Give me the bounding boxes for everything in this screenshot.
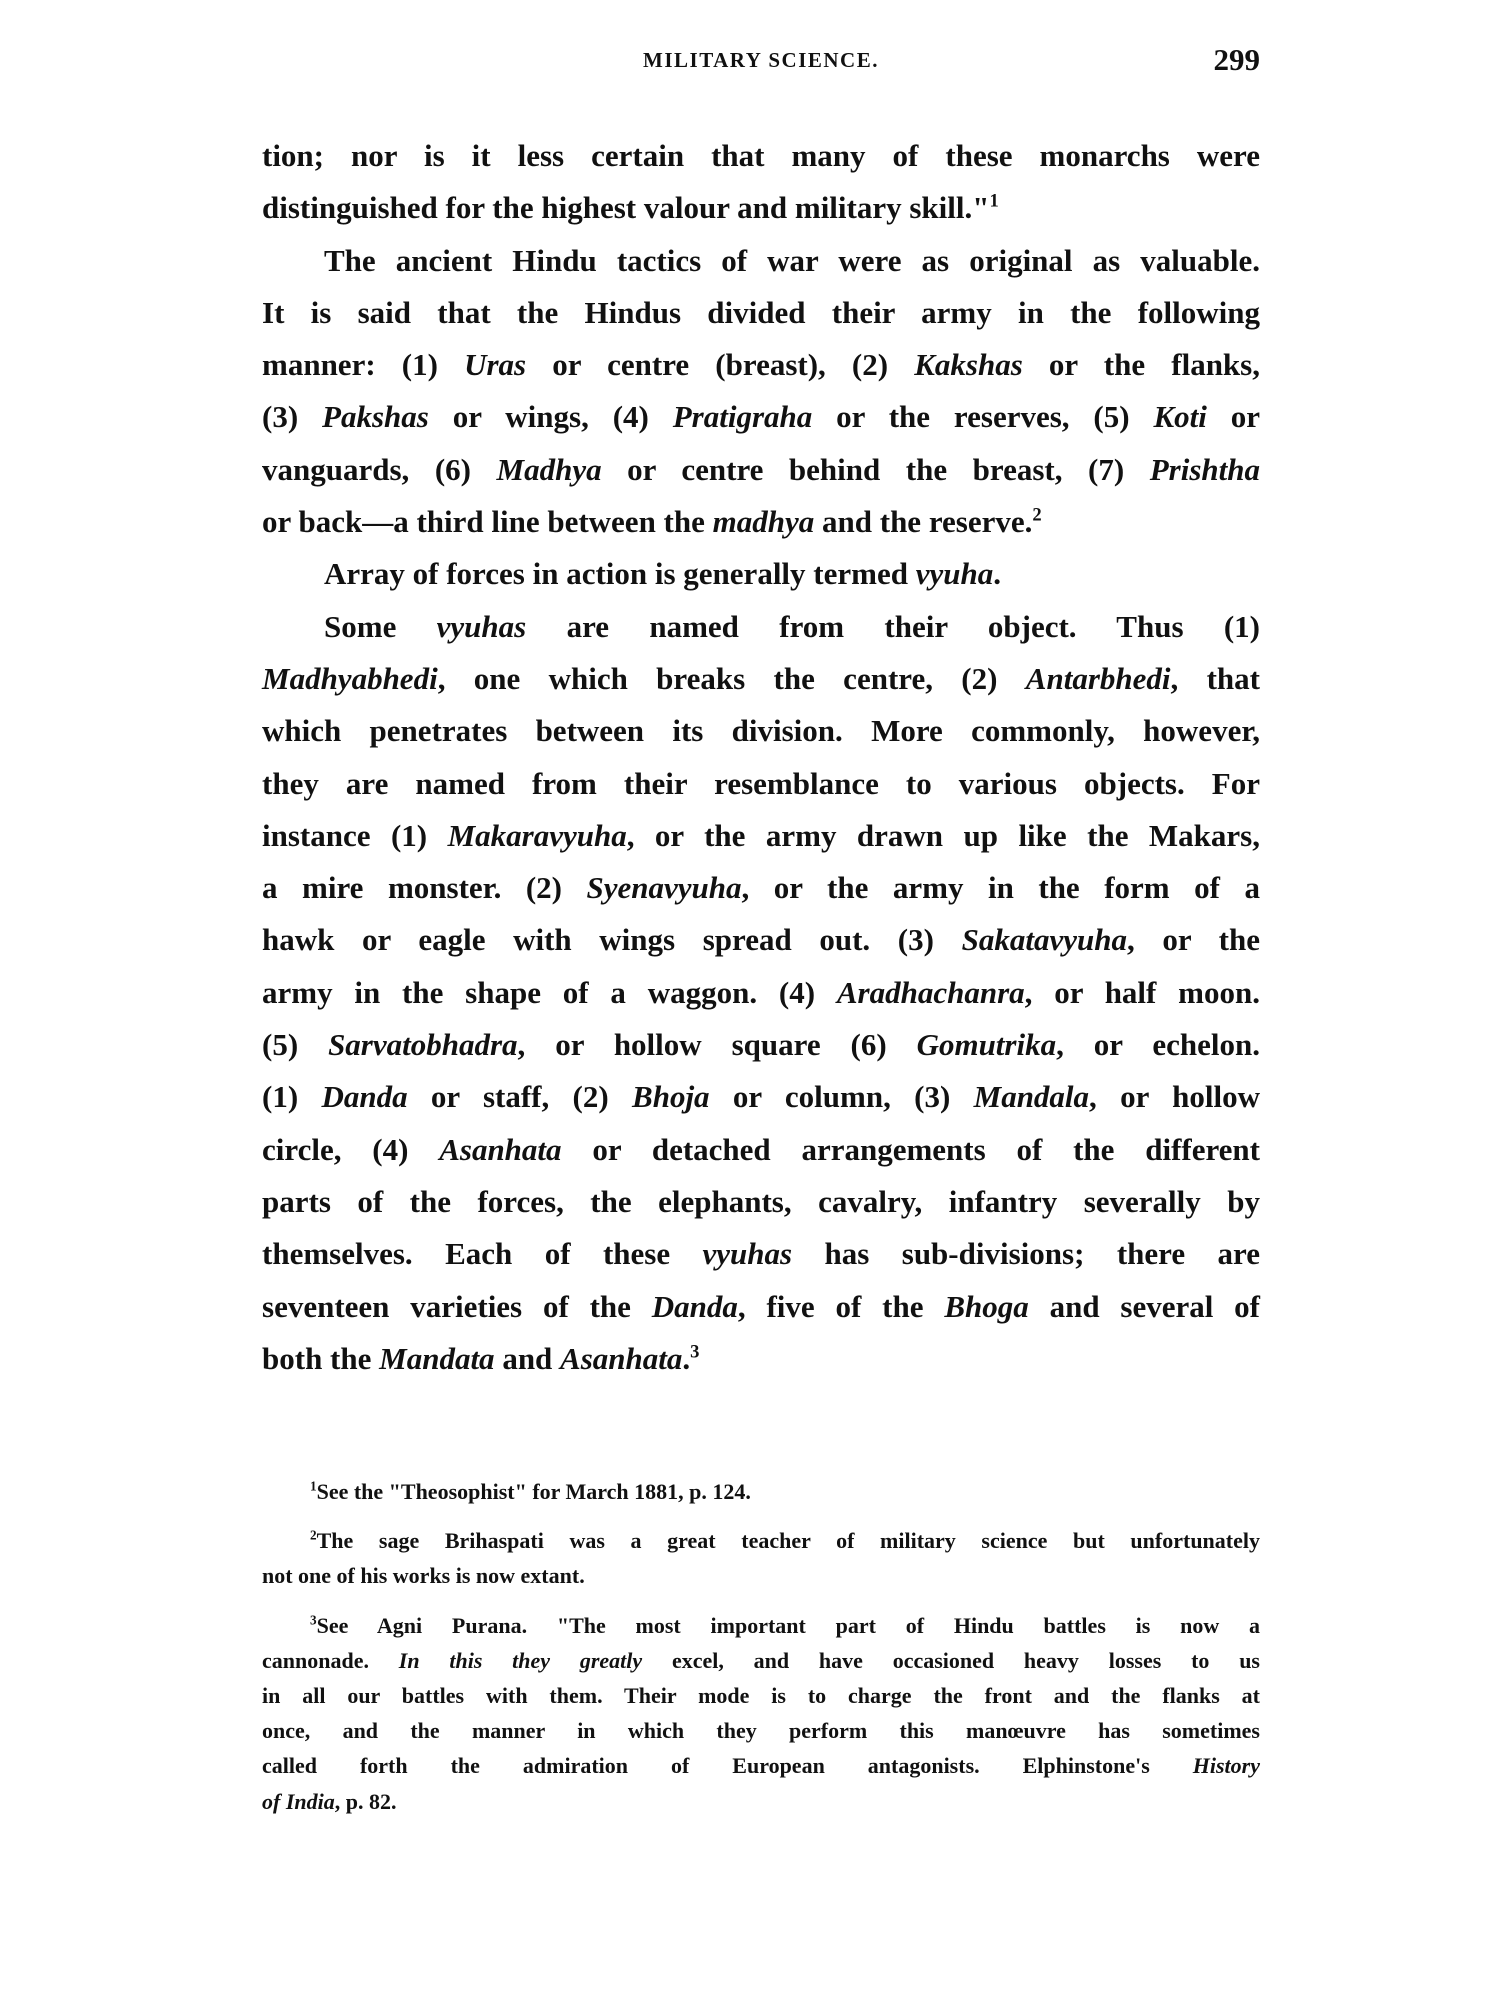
footnote-line: once, and the manner in which they perfo… [262, 1713, 1260, 1748]
text-run: which penetrates between its division. M… [262, 713, 1260, 748]
text-run: manner: (1) [262, 347, 464, 382]
text-run: . [993, 556, 1001, 591]
italic-term: Sakatavyuha [962, 922, 1127, 957]
text-run: excel, and have occasioned heavy losses … [642, 1648, 1260, 1673]
text-run: both the [262, 1341, 379, 1376]
text-run: , or echelon. [1056, 1027, 1260, 1062]
text-run: or wings, (4) [429, 399, 673, 434]
text-run: a mire monster. (2) [262, 870, 587, 905]
running-head: MILITARY SCIENCE. 299 [262, 42, 1260, 82]
italic-term: Koti [1153, 399, 1206, 434]
text-run: The ancient Hindu tactics of war were as… [324, 243, 1260, 278]
text-run: cannonade. [262, 1648, 399, 1673]
text-run: It is said that the Hindus divided their… [262, 295, 1260, 330]
text-line: they are named from their resemblance to… [262, 758, 1260, 810]
text-line: themselves. Each of these vyuhas has sub… [262, 1228, 1260, 1280]
body-text: tion; nor is it less certain that many o… [262, 130, 1260, 1385]
text-run: or detached arrangements of the differen… [562, 1132, 1260, 1167]
text-run: or centre behind the breast, (7) [602, 452, 1150, 487]
text-run: or [1207, 399, 1260, 434]
running-title: MILITARY SCIENCE. [262, 48, 1260, 73]
text-run: army in the shape of a waggon. (4) [262, 975, 837, 1010]
italic-term: Madhya [497, 452, 602, 487]
text-line: tion; nor is it less certain that many o… [262, 130, 1260, 182]
italic-term: vyuha [916, 556, 994, 591]
italic-term: Aradhachanra [837, 975, 1025, 1010]
text-line: army in the shape of a waggon. (4) Aradh… [262, 967, 1260, 1019]
footnote-line: of India, p. 82. [262, 1784, 1260, 1819]
italic-term: Kakshas [914, 347, 1023, 382]
text-line: both the Mandata and Asanhata.3 [262, 1333, 1260, 1385]
italic-term: Asanhata [560, 1341, 682, 1376]
footnote-reference: 2 [310, 1528, 317, 1543]
text-line: vanguards, (6) Madhya or centre behind t… [262, 444, 1260, 496]
page-number: 299 [1214, 42, 1261, 78]
text-run: circle, (4) [262, 1132, 439, 1167]
footnote-gap [262, 1594, 1260, 1608]
text-run: See the "Theosophist" for March 1881, p.… [317, 1479, 751, 1504]
italic-term: of India [262, 1789, 335, 1814]
italic-term: vyuhas [437, 609, 527, 644]
text-line: Array of forces in action is generally t… [262, 548, 1260, 600]
text-run: , p. 82. [335, 1789, 397, 1814]
footnote-line: not one of his works is now extant. [262, 1558, 1260, 1593]
text-run: Some [324, 609, 437, 644]
italic-term: Syenavyuha [587, 870, 742, 905]
text-run: instance (1) [262, 818, 448, 853]
text-line: which penetrates between its division. M… [262, 705, 1260, 757]
text-run: , or hollow [1089, 1079, 1260, 1114]
text-run: hawk or eagle with wings spread out. (3) [262, 922, 962, 957]
italic-term: History [1193, 1753, 1260, 1778]
footnote-3: 3See Agni Purana. "The most important pa… [262, 1608, 1260, 1819]
text-run: themselves. Each of these [262, 1236, 703, 1271]
italic-term: madhya [713, 504, 815, 539]
text-run: (1) [262, 1079, 321, 1114]
text-line: (5) Sarvatobhadra, or hollow square (6) … [262, 1019, 1260, 1071]
text-run: . [682, 1341, 690, 1376]
text-run: (3) [262, 399, 322, 434]
italic-term: Asanhata [439, 1132, 561, 1167]
text-run: Array of forces in action is generally t… [324, 556, 916, 591]
italic-term: Pakshas [322, 399, 429, 434]
footnote-reference: 1 [989, 191, 998, 212]
italic-term: Makaravyuha [448, 818, 627, 853]
text-line: circle, (4) Asanhata or detached arrange… [262, 1124, 1260, 1176]
italic-term: Pratigraha [673, 399, 813, 434]
text-run: or the flanks, [1023, 347, 1260, 382]
text-run: parts of the forces, the elephants, cava… [262, 1184, 1260, 1219]
italic-term: Madhyabhedi [262, 661, 438, 696]
footnote-line: cannonade. In this they greatly excel, a… [262, 1643, 1260, 1678]
footnote-line: 3See Agni Purana. "The most important pa… [262, 1608, 1260, 1643]
text-line: hawk or eagle with wings spread out. (3)… [262, 914, 1260, 966]
footnote-line: called forth the admiration of European … [262, 1748, 1260, 1783]
text-line: (1) Danda or staff, (2) Bhoja or column,… [262, 1071, 1260, 1123]
italic-term: Danda [321, 1079, 407, 1114]
text-run: and the reserve. [814, 504, 1032, 539]
text-run: See Agni Purana. "The most important par… [317, 1613, 1260, 1638]
footnote-reference: 3 [690, 1342, 699, 1363]
italic-term: Danda [652, 1289, 738, 1324]
text-run: or back—a third line between the [262, 504, 713, 539]
text-run: , one which breaks the centre, (2) [438, 661, 1026, 696]
text-run: (5) [262, 1027, 328, 1062]
text-run: or staff, (2) [408, 1079, 632, 1114]
text-run: tion; nor is it less certain that many o… [262, 138, 1260, 173]
text-run: , or the army in the form of a [742, 870, 1260, 905]
text-line: Madhyabhedi, one which breaks the centre… [262, 653, 1260, 705]
text-line: It is said that the Hindus divided their… [262, 287, 1260, 339]
text-run: , or half moon. [1025, 975, 1260, 1010]
text-run: called forth the admiration of European … [262, 1753, 1193, 1778]
italic-term: vyuhas [703, 1236, 793, 1271]
book-page: MILITARY SCIENCE. 299 tion; nor is it le… [0, 0, 1500, 2000]
footnote-1: 1See the "Theosophist" for March 1881, p… [262, 1474, 1260, 1509]
text-line: (3) Pakshas or wings, (4) Pratigraha or … [262, 391, 1260, 443]
text-run: has sub-divisions; there are [792, 1236, 1260, 1271]
text-line: parts of the forces, the elephants, cava… [262, 1176, 1260, 1228]
italic-term: Prishtha [1150, 452, 1260, 487]
italic-term: In this they greatly [399, 1648, 642, 1673]
footnote-line: 1See the "Theosophist" for March 1881, p… [262, 1474, 1260, 1509]
text-run: or centre (breast), (2) [526, 347, 914, 382]
text-run: The sage Brihaspati was a great teacher … [317, 1528, 1260, 1553]
italic-term: Uras [464, 347, 526, 382]
text-run: , that [1171, 661, 1260, 696]
text-run: , or hollow square (6) [518, 1027, 917, 1062]
footnotes: 1See the "Theosophist" for March 1881, p… [262, 1474, 1260, 1819]
text-line: seventeen varieties of the Danda, five o… [262, 1281, 1260, 1333]
text-run: vanguards, (6) [262, 452, 497, 487]
italic-term: Sarvatobhadra [328, 1027, 517, 1062]
footnote-gap [262, 1509, 1260, 1523]
italic-term: Bhoga [944, 1289, 1028, 1324]
text-run: in all our battles with them. Their mode… [262, 1683, 1260, 1708]
footnote-reference: 3 [310, 1612, 317, 1627]
footnote-2: 2The sage Brihaspati was a great teacher… [262, 1523, 1260, 1593]
italic-term: Gomutrika [917, 1027, 1057, 1062]
footnote-line: in all our battles with them. Their mode… [262, 1678, 1260, 1713]
text-line: distinguished for the highest valour and… [262, 182, 1260, 234]
text-run: or column, (3) [710, 1079, 974, 1114]
text-run: they are named from their resemblance to… [262, 766, 1260, 801]
footnote-reference: 2 [1032, 505, 1041, 526]
text-line: manner: (1) Uras or centre (breast), (2)… [262, 339, 1260, 391]
text-run: and [495, 1341, 560, 1376]
italic-term: Bhoja [632, 1079, 710, 1114]
text-run: seventeen varieties of the [262, 1289, 652, 1324]
text-line: The ancient Hindu tactics of war were as… [262, 235, 1260, 287]
text-line: Some vyuhas are named from their object.… [262, 601, 1260, 653]
text-run: , five of the [738, 1289, 944, 1324]
text-run: and several of [1029, 1289, 1260, 1324]
text-run: not one of his works is now extant. [262, 1563, 585, 1588]
footnote-line: 2The sage Brihaspati was a great teacher… [262, 1523, 1260, 1558]
text-line: or back—a third line between the madhya … [262, 496, 1260, 548]
text-run: are named from their object. Thus (1) [526, 609, 1260, 644]
text-run: distinguished for the highest valour and… [262, 190, 989, 225]
italic-term: Mandata [379, 1341, 494, 1376]
italic-term: Mandala [974, 1079, 1089, 1114]
text-run: once, and the manner in which they perfo… [262, 1718, 1260, 1743]
text-run: , or the [1127, 922, 1260, 957]
italic-term: Antarbhedi [1026, 661, 1171, 696]
text-run: , or the army drawn up like the Makars, [627, 818, 1260, 853]
text-line: instance (1) Makaravyuha, or the army dr… [262, 810, 1260, 862]
footnote-reference: 1 [310, 1479, 317, 1494]
text-run: or the reserves, (5) [812, 399, 1153, 434]
text-line: a mire monster. (2) Syenavyuha, or the a… [262, 862, 1260, 914]
